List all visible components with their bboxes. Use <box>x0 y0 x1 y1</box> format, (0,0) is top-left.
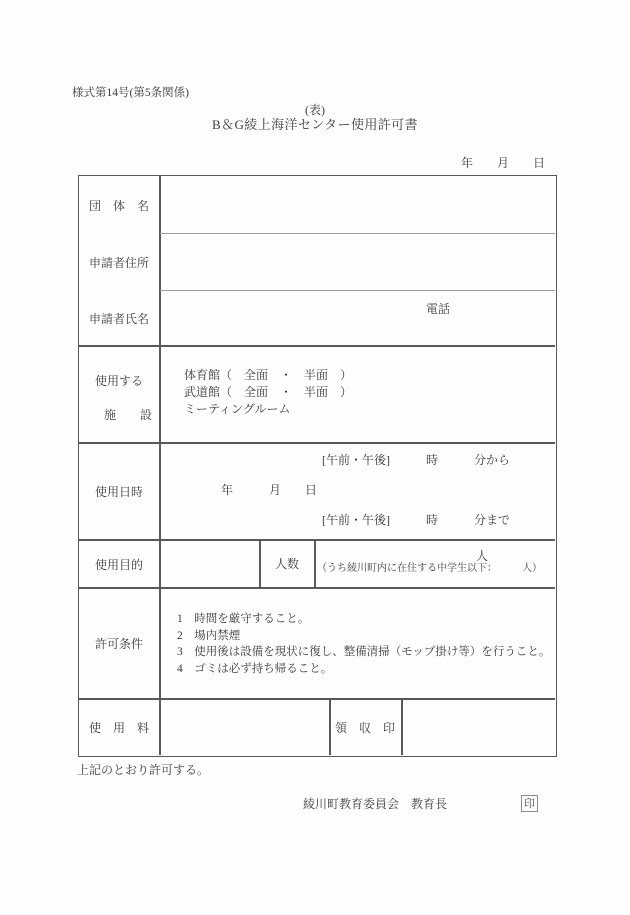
row-divider-address-name <box>160 290 555 291</box>
datetime-from-line: [午前・午後] 時 分から <box>322 452 510 469</box>
issue-date-line: 年 月 日 <box>461 157 545 170</box>
fee-cell-divider-2 <box>401 698 403 755</box>
datetime-to-line: [午前・午後] 時 分まで <box>322 512 510 529</box>
form-number: 様式第14号(第5条関係) <box>72 87 189 99</box>
people-note: （うち綾川町内に在住する中学生以下： 人） <box>317 563 542 575</box>
datetime-date-line: 年 月 日 <box>221 482 317 499</box>
condition-item-2: 2 場内禁煙 <box>177 630 240 642</box>
permit-conditions-list: 1 時間を厳守すること。2 場内禁煙3 使用後は設備を現状に復し、整備清掃（モッ… <box>177 611 550 677</box>
label-column-divider <box>159 176 161 755</box>
facilities-label: 使用する 施 設 <box>79 373 159 424</box>
form-table: 団 体 名 申請者住所 申請者氏名 使用する 施 設 使用日時 使用目的 許可条… <box>78 175 557 757</box>
section-divider-datetime-purpose <box>79 539 555 541</box>
people-count-label: 人数 <box>259 556 315 573</box>
approver-title: 綾川町教育委員会 教育長 <box>303 798 447 811</box>
document-title: B＆G綾上海洋センター使用許可書 <box>0 118 630 132</box>
approval-statement: 上記のとおり許可する。 <box>77 764 209 777</box>
section-divider-conditions-fee <box>79 698 555 700</box>
permit-conditions-label: 許可条件 <box>79 636 159 653</box>
applicant-name-label: 申請者氏名 <box>79 311 159 328</box>
seal-mark: 印 <box>521 795 538 812</box>
facility-budokan-option: 武道館（ 全面 ・ 半面 ） <box>184 385 352 399</box>
applicant-address-label: 申請者住所 <box>79 255 159 272</box>
phone-label: 電話 <box>426 301 450 318</box>
usage-datetime-label: 使用日時 <box>79 484 159 501</box>
row-divider-organization-address <box>160 233 555 234</box>
section-divider-purpose-conditions <box>79 587 555 589</box>
facility-gym-option: 体育館（ 全面 ・ 半面 ） <box>184 368 352 382</box>
section-divider-name-facilities <box>79 345 555 347</box>
condition-item-3: 3 使用後は設備を現状に復し、整備清掃（モップ掛け等）を行うこと。 <box>177 646 550 658</box>
usage-fee-label: 使 用 料 <box>79 720 159 737</box>
receipt-stamp-label: 領 収 印 <box>329 720 401 737</box>
organization-label: 団 体 名 <box>79 198 159 215</box>
facility-meeting-room-option: ミーティングルーム <box>184 402 290 416</box>
usage-purpose-label: 使用目的 <box>79 557 159 574</box>
side-label: (表) <box>0 104 630 117</box>
section-divider-facilities-datetime <box>79 442 555 444</box>
condition-item-1: 1 時間を厳守すること。 <box>177 613 309 625</box>
condition-item-4: 4 ゴミは必ず持ち帰ること。 <box>177 663 332 675</box>
permit-form-page: 様式第14号(第5条関係) (表) B＆G綾上海洋センター使用許可書 年 月 日… <box>0 0 630 915</box>
facilities-options: 体育館（ 全面 ・ 半面 ）武道館（ 全面 ・ 半面 ）ミーティングルーム <box>184 367 352 418</box>
